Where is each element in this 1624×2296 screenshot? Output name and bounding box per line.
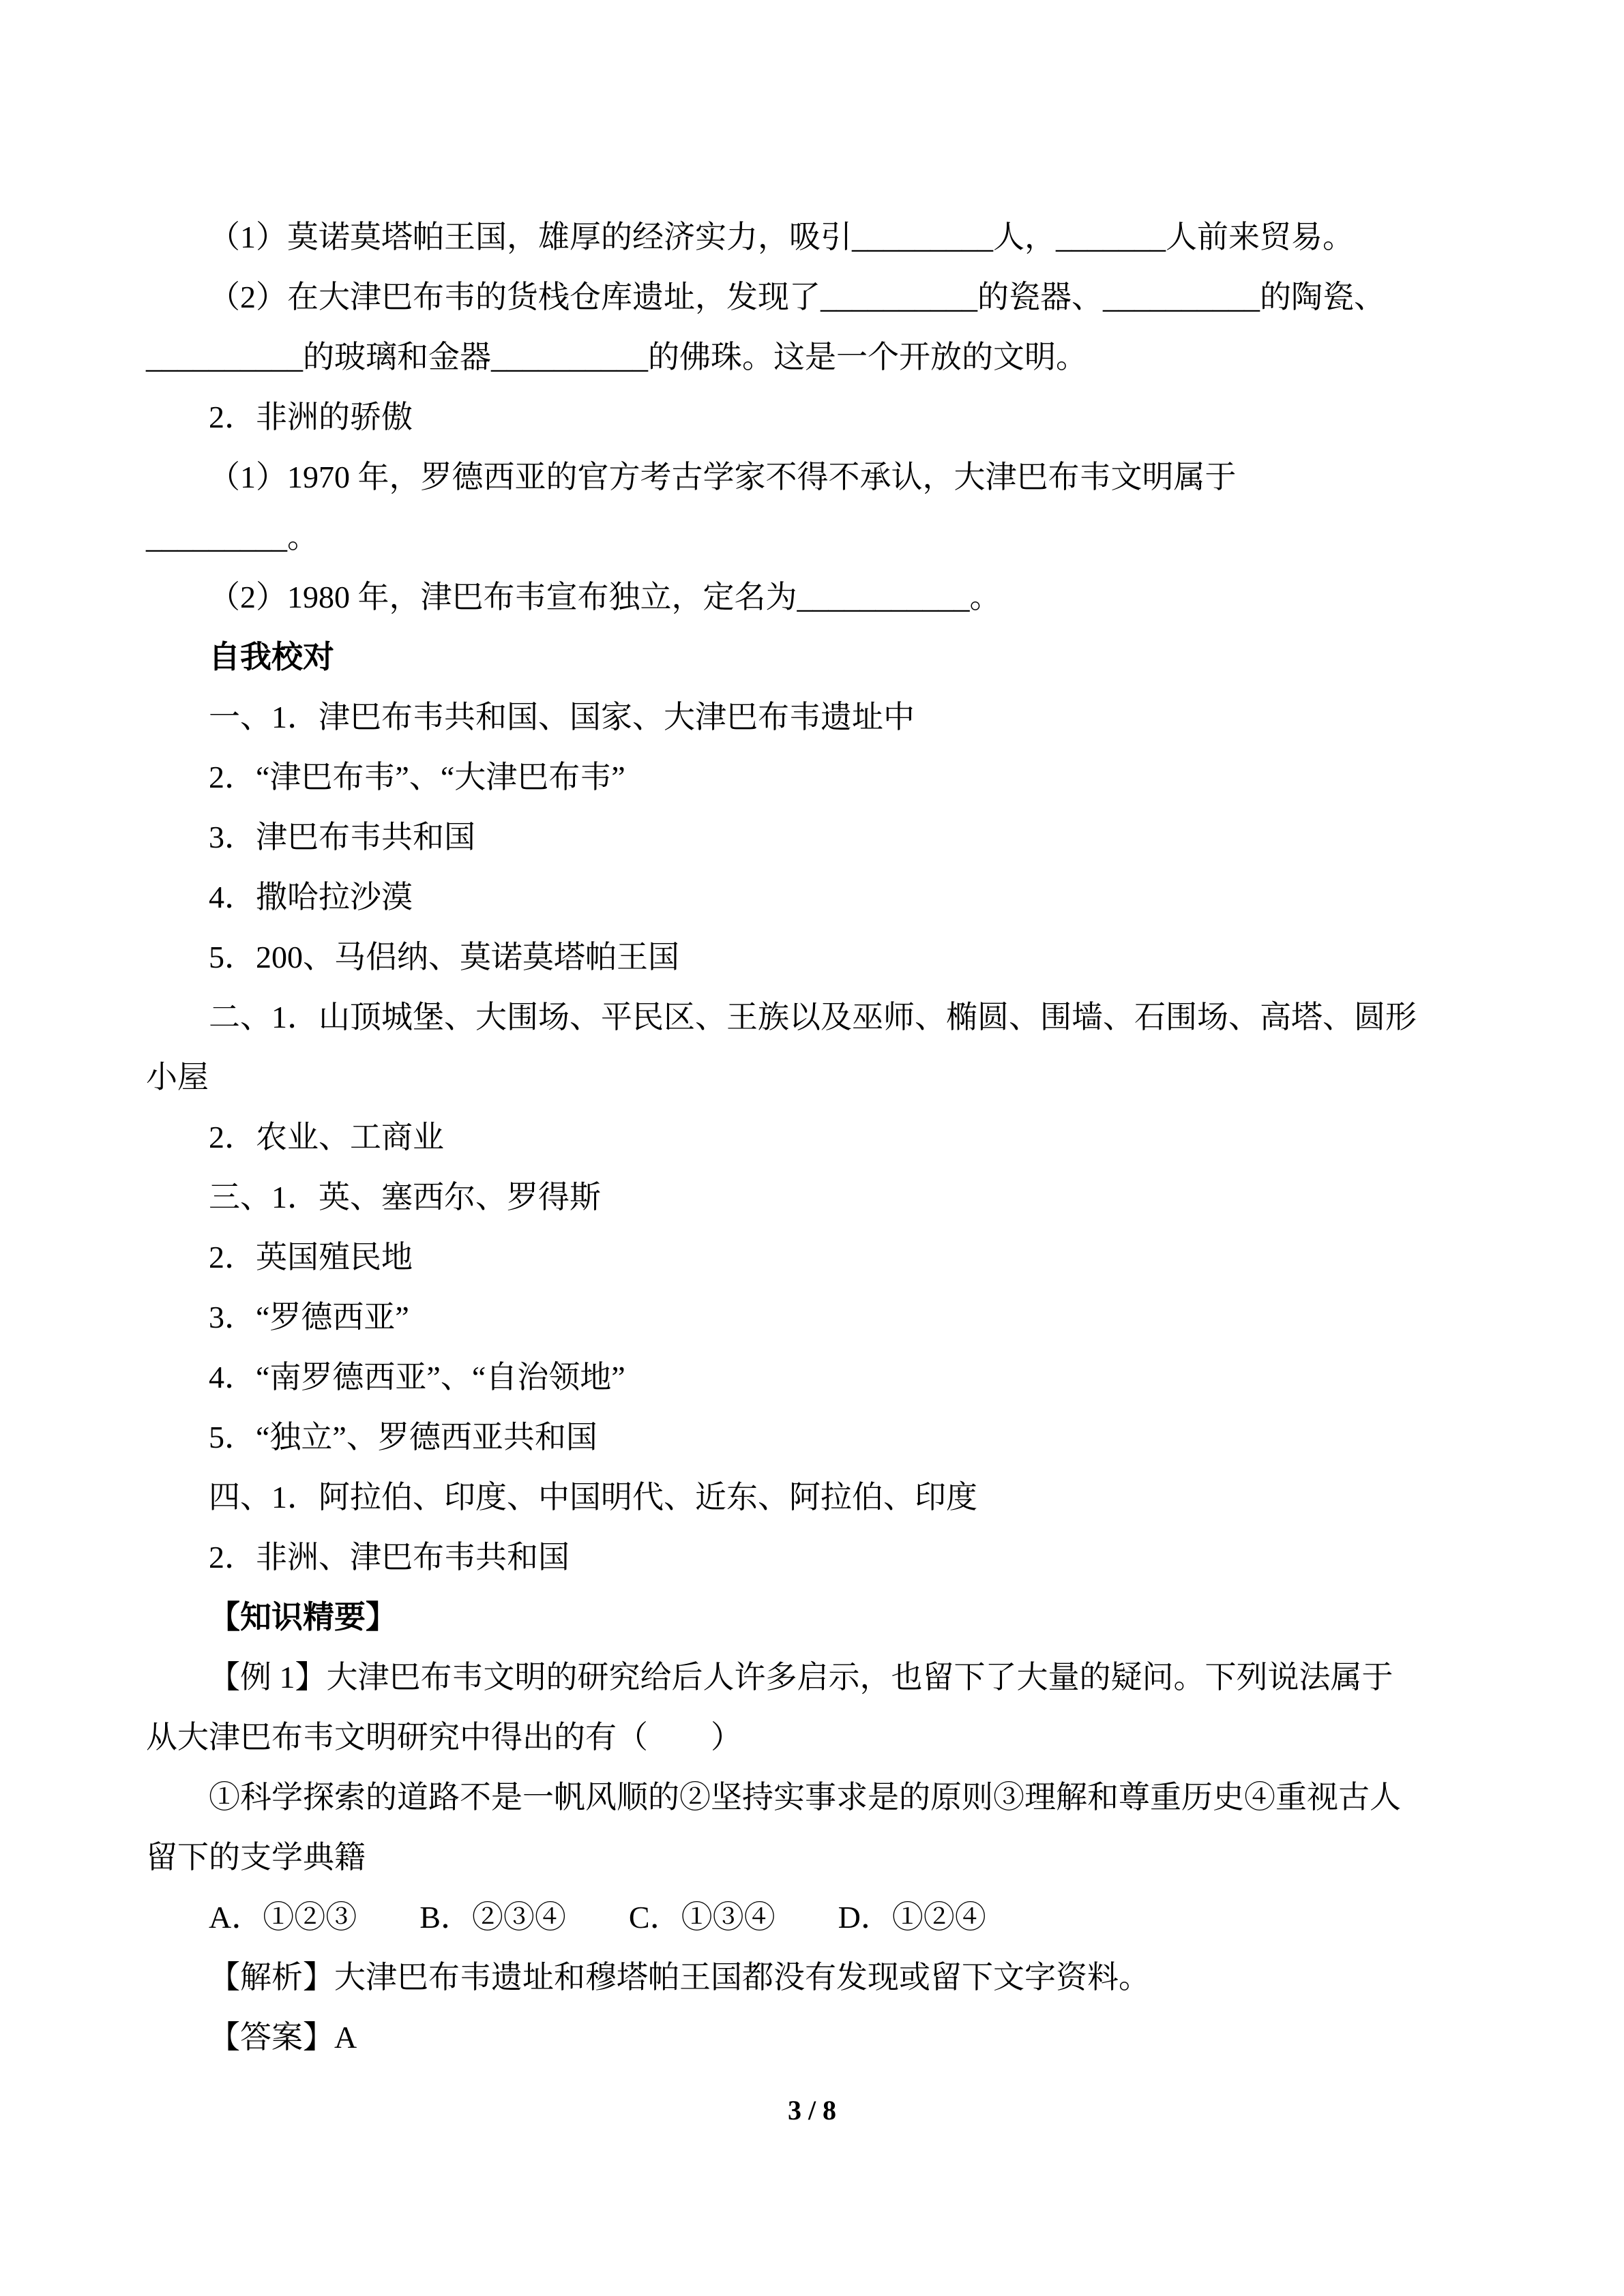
question-items-line: ①科学探索的道路不是一帆风顺的②坚持实事求是的原则③理解和尊重历史④重视古人: [146, 1768, 1478, 1828]
answer-list-item: 一、1．津巴布韦共和国、国家、大津巴布韦遗址中: [146, 687, 1478, 747]
fill-blank-line: （2）1980 年，津巴布韦宣布独立，定名为___________。: [146, 567, 1478, 627]
analysis-line: 【解析】大津巴布韦遗址和穆塔帕王国都没有发现或留下文字资料。: [146, 1948, 1478, 2008]
answer-list-item: 三、1．英、塞西尔、罗得斯: [146, 1167, 1478, 1227]
answer-list-item: 5．200、马侣纳、莫诺莫塔帕王国: [146, 927, 1478, 987]
answer-list-item: 5．“独立”、罗德西亚共和国: [146, 1407, 1478, 1467]
fill-blank-line-wrap: _________。: [146, 507, 1478, 567]
answer-list-item: 四、1．阿拉伯、印度、中国明代、近东、阿拉伯、印度: [146, 1467, 1478, 1527]
example-question-wrap: 从大津巴布韦文明研究中得出的有（ ）: [146, 1708, 1478, 1768]
options-line: A．①②③ B．②③④ C．①③④ D．①②④: [146, 1888, 1478, 1948]
document-body: （1）莫诺莫塔帕王国，雄厚的经济实力，吸引_________人，_______人…: [146, 207, 1478, 2068]
fill-blank-line: （1）1970 年，罗德西亚的官方考古学家不得不承认，大津巴布韦文明属于: [146, 447, 1478, 507]
heading-knowledge-essentials: 【知识精要】: [146, 1587, 1478, 1648]
document-page: （1）莫诺莫塔帕王国，雄厚的经济实力，吸引_________人，_______人…: [0, 0, 1624, 2296]
answer-list-item: 2．非洲、津巴布韦共和国: [146, 1527, 1478, 1587]
answer-list-item: 2．“津巴布韦”、“大津巴布韦”: [146, 747, 1478, 807]
answer-list-item: 2．英国殖民地: [146, 1227, 1478, 1287]
answer-line: 【答案】A: [146, 2008, 1478, 2068]
heading-self-check: 自我校对: [146, 627, 1478, 687]
answer-list-item: 2．农业、工商业: [146, 1107, 1478, 1167]
subsection-title: 2．非洲的骄傲: [146, 387, 1478, 447]
answer-list-item: 4．“南罗德西亚”、“自治领地”: [146, 1347, 1478, 1407]
answer-list-item: 二、1．山顶城堡、大围场、平民区、王族以及巫师、椭圆、围墙、石围场、高塔、圆形: [146, 987, 1478, 1047]
page-number: 3 / 8: [0, 2095, 1624, 2126]
question-items-wrap: 留下的支学典籍: [146, 1828, 1478, 1888]
answer-list-item: 4．撒哈拉沙漠: [146, 867, 1478, 927]
fill-blank-line-wrap: __________的玻璃和金器__________的佛珠。这是一个开放的文明。: [146, 327, 1478, 387]
fill-blank-line: （2）在大津巴布韦的货栈仓库遗址，发现了__________的瓷器、______…: [146, 267, 1478, 327]
fill-blank-line: （1）莫诺莫塔帕王国，雄厚的经济实力，吸引_________人，_______人…: [146, 207, 1478, 267]
answer-list-item-wrap: 小屋: [146, 1047, 1478, 1107]
answer-list-item: 3．津巴布韦共和国: [146, 807, 1478, 867]
example-question-line: 【例 1】大津巴布韦文明的研究给后人许多启示，也留下了大量的疑问。下列说法属于: [146, 1648, 1478, 1708]
answer-list-item: 3．“罗德西亚”: [146, 1287, 1478, 1347]
